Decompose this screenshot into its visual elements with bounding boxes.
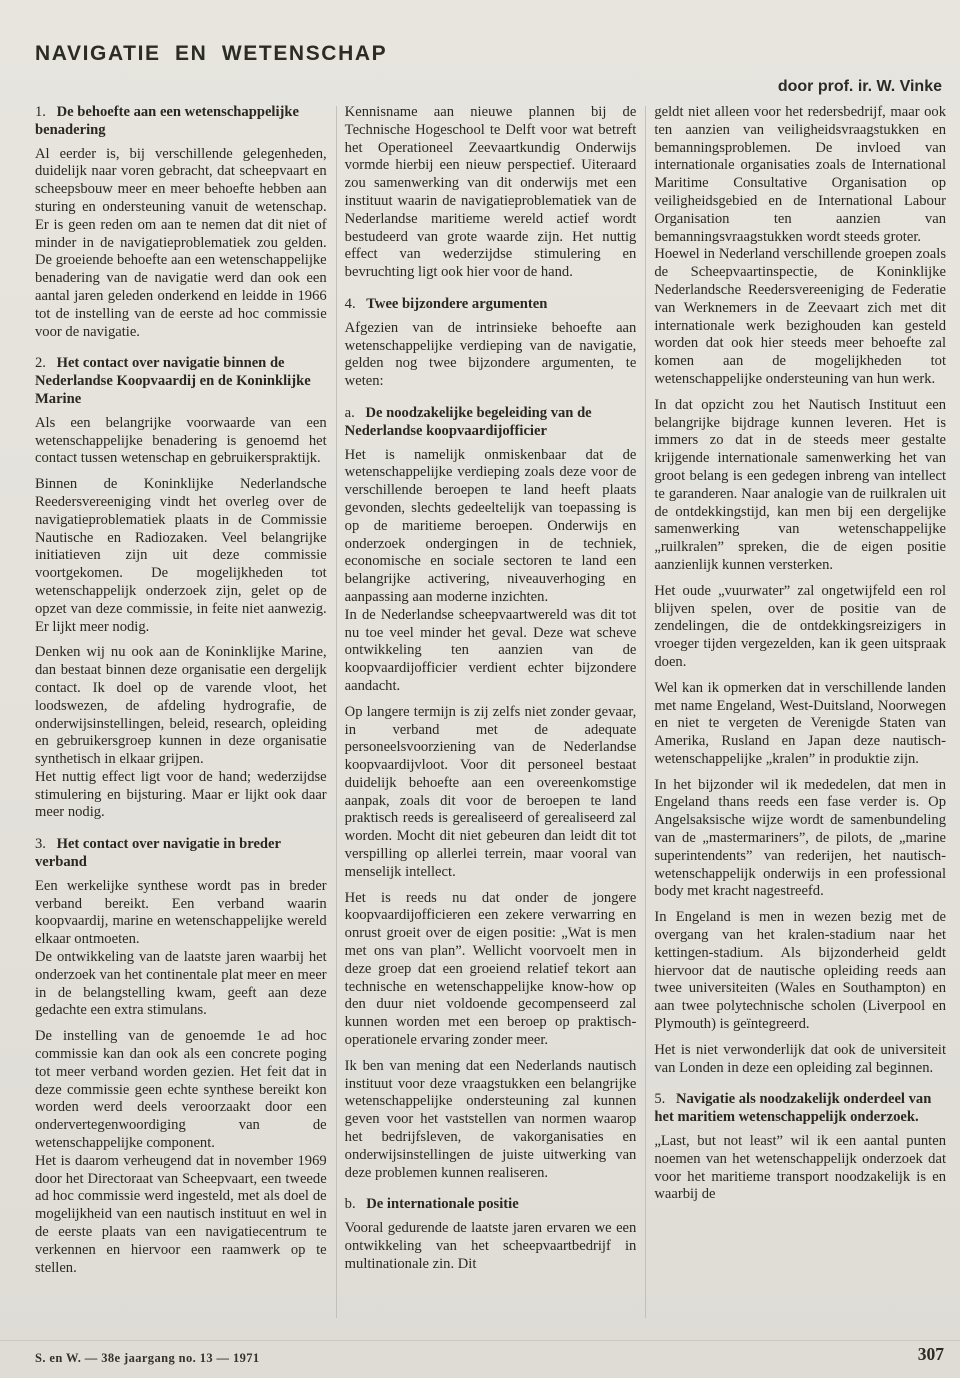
text-column: Kennisname aan nieuwe plannen bij de Tec… [345, 104, 637, 1318]
paragraph: Wel kan ik opmerken dat in verschillende… [654, 680, 946, 769]
paragraph: Een werkelijke synthese wordt pas in bre… [35, 878, 327, 949]
heading-number: 1. [35, 104, 57, 120]
heading-number: a. [345, 405, 366, 421]
heading-text: Twee bijzondere argumenten [366, 296, 547, 312]
heading-text: Navigatie als noodzakelijk onderdeel van… [654, 1091, 931, 1125]
paragraph: Ik ben van mening dat een Nederlands nau… [345, 1058, 637, 1183]
paragraph: Kennisname aan nieuwe plannen bij de Tec… [345, 104, 637, 282]
paragraph: Het oude „vuurwater” zal ongetwijfeld ee… [654, 583, 946, 672]
section-heading: 1. De behoefte aan een wetenschappelijke… [35, 104, 327, 140]
paragraph: In Engeland is men in wezen bezig met de… [654, 909, 946, 1034]
paragraph: Op langere termijn is zij zelfs niet zon… [345, 704, 637, 882]
paragraph: Het is namelijk onmiskenbaar dat de wete… [345, 447, 637, 607]
article-byline: door prof. ir. W. Vinke [778, 78, 942, 96]
paragraph: De instelling van de genoemde 1e ad hoc … [35, 1028, 327, 1153]
paragraph: In de Nederlandse scheepvaartwereld was … [345, 607, 637, 696]
paragraph: Het is reeds nu dat onder de jongere koo… [345, 890, 637, 1050]
text-column: geldt niet alleen voor het redersbedrijf… [654, 104, 946, 1318]
paragraph: Al eerder is, bij verschillende gelegenh… [35, 146, 327, 342]
column-divider [645, 106, 646, 1318]
paragraph: In dat opzicht zou het Nautisch Instituu… [654, 397, 946, 575]
paragraph: geldt niet alleen voor het redersbedrijf… [654, 104, 946, 246]
heading-text: De behoefte aan een wetenschappelijke be… [35, 104, 299, 138]
paragraph: „Last, but not least” wil ik een aantal … [654, 1133, 946, 1204]
article-body: 1. De behoefte aan een wetenschappelijke… [35, 104, 946, 1318]
paragraph: Hoewel in Nederland verschillende groepe… [654, 246, 946, 388]
paragraph: Binnen de Koninklijke Nederlandsche Reed… [35, 476, 327, 636]
heading-text: De noodzakelijke begeleiding van de Nede… [345, 405, 592, 439]
heading-text: De internationale positie [366, 1196, 518, 1212]
article-header: NAVIGATIE EN WETENSCHAP door prof. ir. W… [35, 42, 946, 94]
paragraph: Het is niet verwonderlijk dat ook de uni… [654, 1042, 946, 1078]
paragraph: Het is daarom verheugend dat in november… [35, 1153, 327, 1278]
heading-text: Het contact over navigatie in breder ver… [35, 836, 281, 870]
column-divider [336, 106, 337, 1318]
text-column: 1. De behoefte aan een wetenschappelijke… [35, 104, 327, 1318]
section-heading: 3. Het contact over navigatie in breder … [35, 836, 327, 872]
paragraph: De ontwikkeling van de laatste jaren waa… [35, 949, 327, 1020]
section-heading: 2. Het contact over navigatie binnen de … [35, 355, 327, 408]
heading-number: 4. [345, 296, 367, 312]
page-footer: S. en W. — 38e jaargang no. 13 — 1971 30… [0, 1340, 960, 1378]
page-number: 307 [918, 1344, 944, 1365]
section-heading: a. De noodzakelijke begeleiding van de N… [345, 405, 637, 441]
paragraph: Als een belangrijke voorwaarde van een w… [35, 415, 327, 468]
paragraph: Afgezien van de intrinsieke behoefte aan… [345, 320, 637, 391]
heading-text: Het contact over navigatie binnen de Ned… [35, 355, 311, 407]
section-heading: b. De internationale positie [345, 1196, 637, 1214]
heading-number: 5. [654, 1091, 676, 1107]
paragraph: In het bijzonder wil ik mededelen, dat m… [654, 777, 946, 902]
heading-number: b. [345, 1196, 367, 1212]
paragraph: Vooral gedurende de laatste jaren ervare… [345, 1220, 637, 1273]
journal-reference: S. en W. — 38e jaargang no. 13 — 1971 [35, 1351, 260, 1365]
heading-number: 3. [35, 836, 57, 852]
journal-page: NAVIGATIE EN WETENSCHAP door prof. ir. W… [0, 0, 960, 1378]
paragraph: Het nuttig effect ligt voor de hand; wed… [35, 769, 327, 822]
section-heading: 4. Twee bijzondere argumenten [345, 296, 637, 314]
heading-number: 2. [35, 355, 57, 371]
paragraph: Denken wij nu ook aan de Koninklijke Mar… [35, 644, 327, 769]
section-heading: 5. Navigatie als noodzakelijk onderdeel … [654, 1091, 946, 1127]
article-title: NAVIGATIE EN WETENSCHAP [35, 42, 946, 66]
